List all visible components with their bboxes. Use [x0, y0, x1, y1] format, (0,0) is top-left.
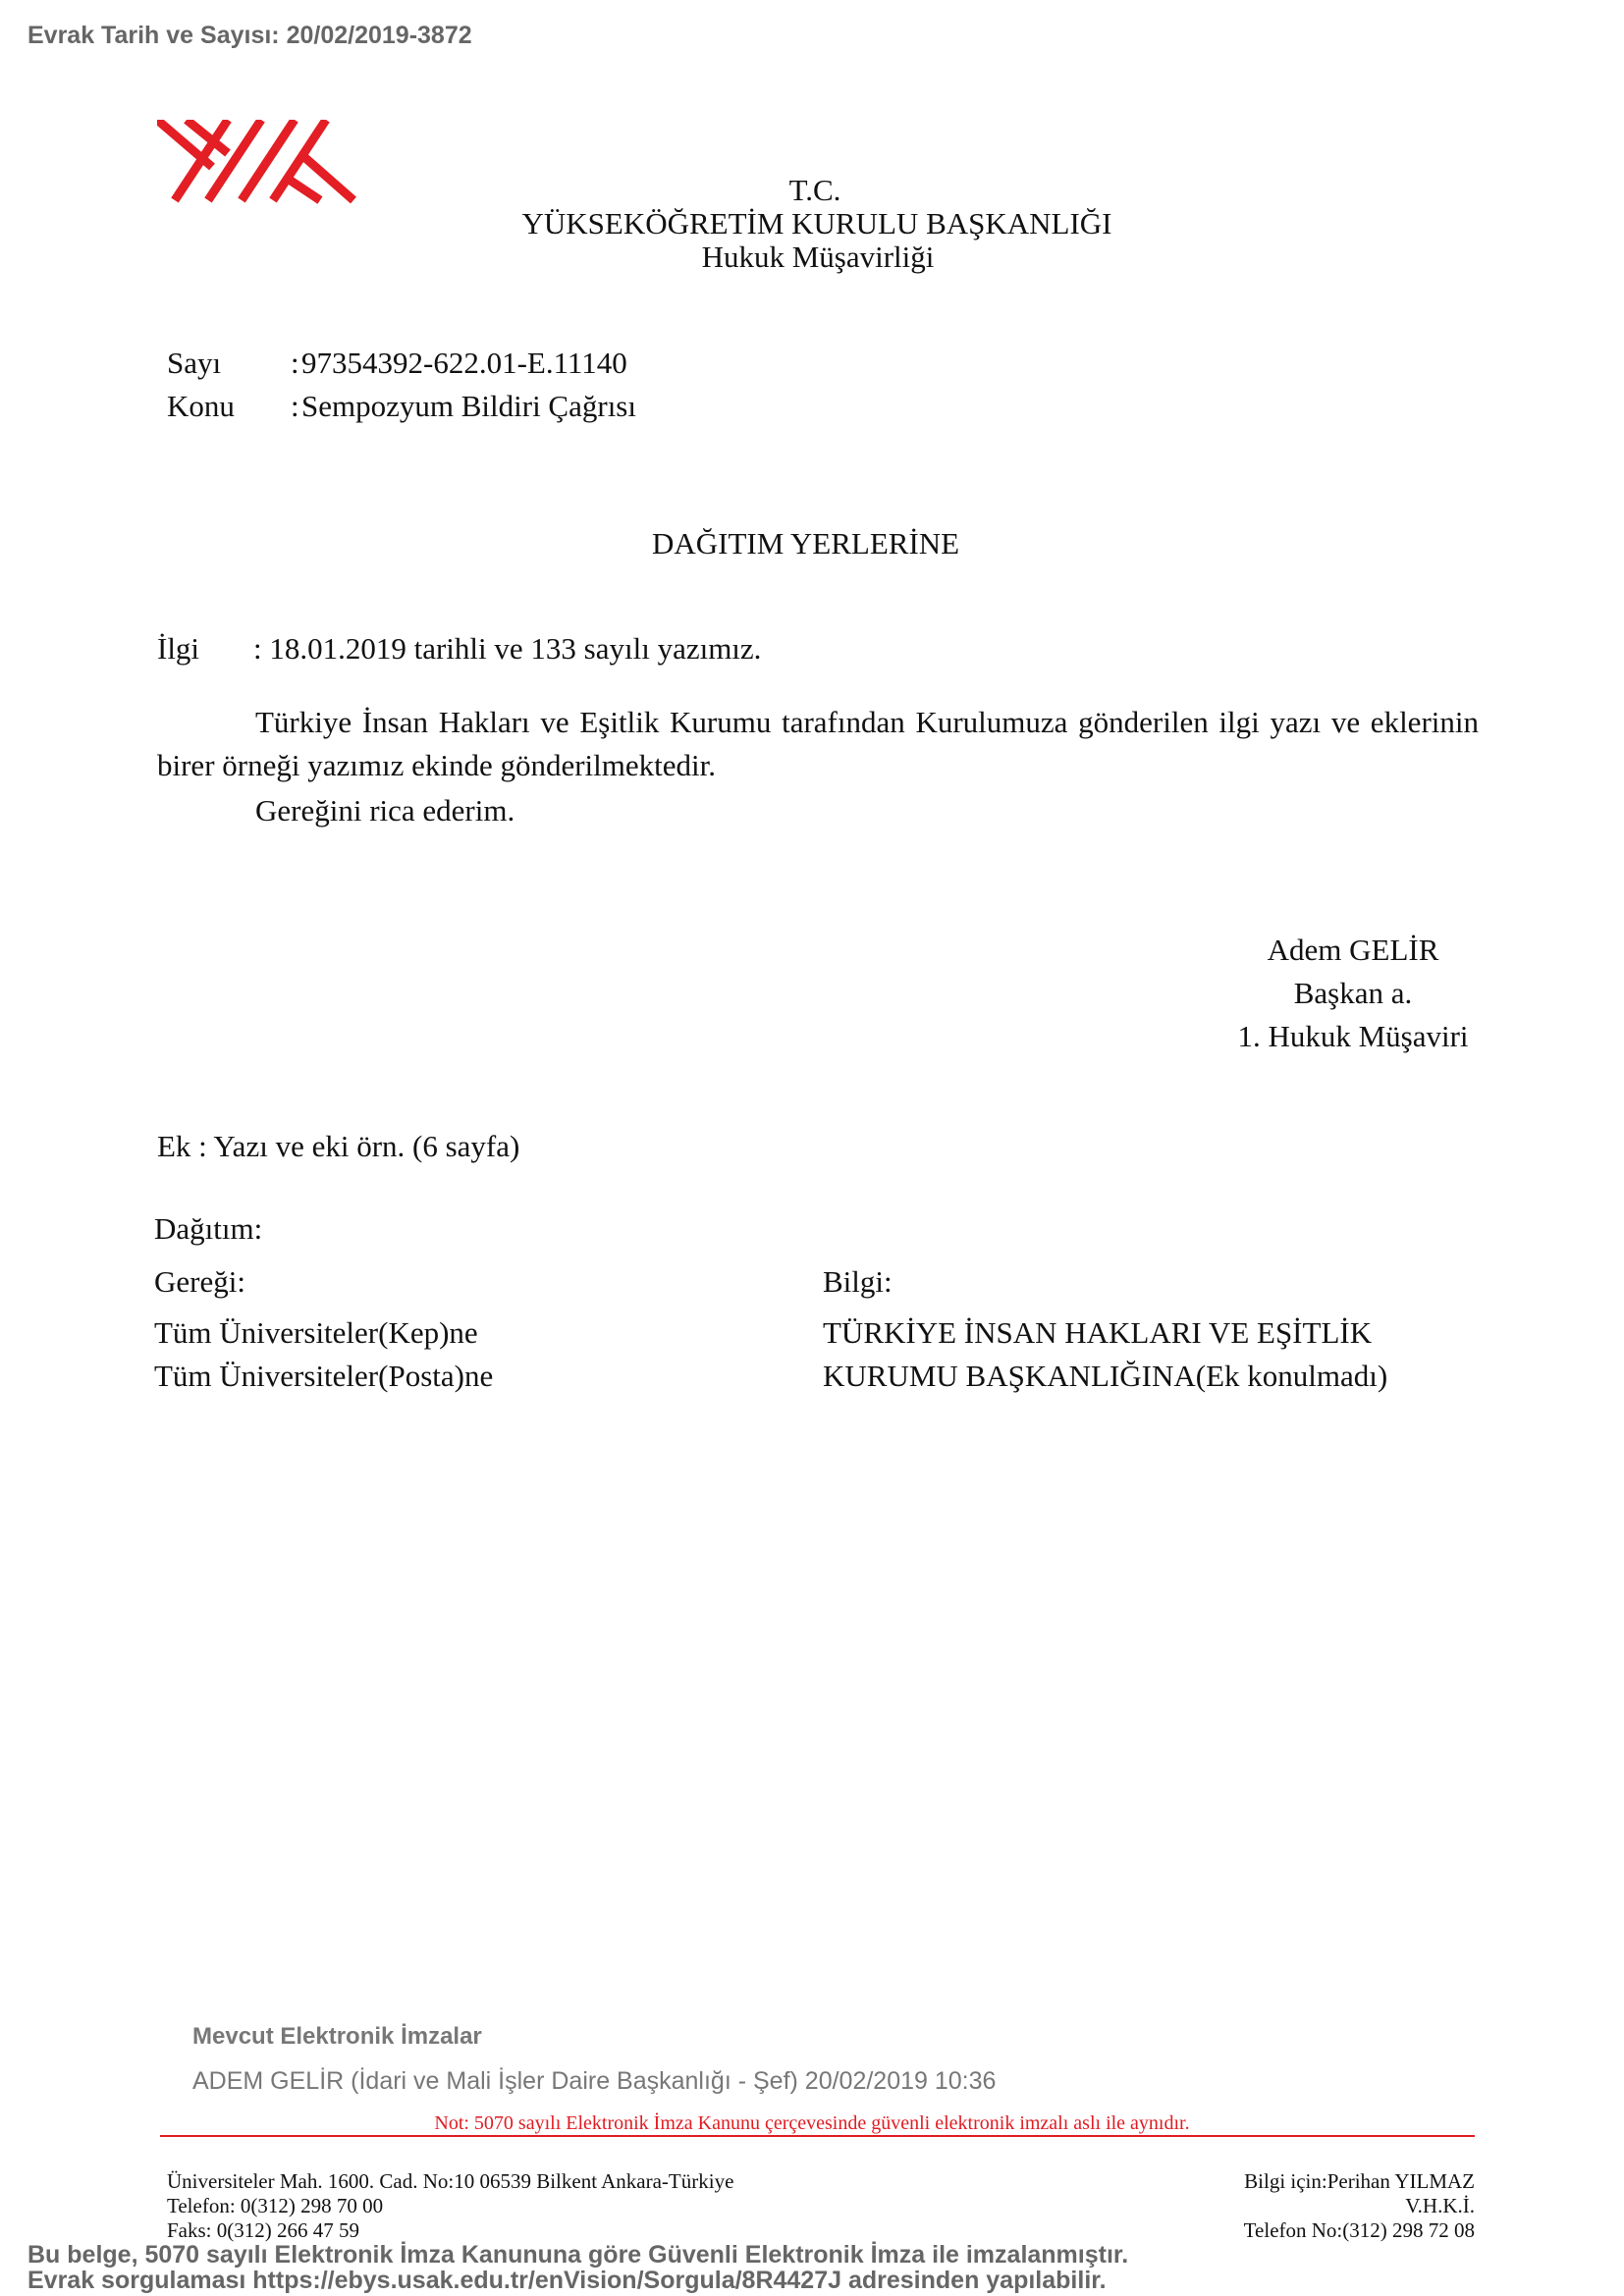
gereği-item: Tüm Üniversiteler(Kep)ne: [154, 1315, 478, 1351]
document-date-number-stamp: Evrak Tarih ve Sayısı: 20/02/2019-3872: [27, 22, 472, 50]
header-department: Hukuk Müşavirliği: [702, 240, 935, 275]
konu-label: Konu: [167, 389, 235, 424]
sayi-value: 97354392-622.01-E.11140: [301, 346, 627, 381]
footer-phone: Telefon: 0(312) 298 70 00: [167, 2194, 383, 2218]
footer-fax: Faks: 0(312) 266 47 59: [167, 2218, 359, 2243]
esign-stamp-line2: Evrak sorgulaması https://ebys.usak.edu.…: [27, 2267, 1107, 2295]
footer-address: Üniversiteler Mah. 1600. Cad. No:10 0653…: [167, 2169, 733, 2194]
sayi-colon: :: [291, 346, 299, 381]
body-paragraph: Türkiye İnsan Hakları ve Eşitlik Kurumu …: [157, 701, 1479, 787]
attachment-note: Ek : Yazı ve eki örn. (6 sayfa): [157, 1129, 519, 1164]
sayi-label: Sayı: [167, 346, 221, 381]
yok-logo-icon: [157, 120, 385, 204]
konu-colon: :: [291, 389, 299, 424]
gereği-item: Tüm Üniversiteler(Posta)ne: [154, 1359, 493, 1394]
esig-note: Not: 5070 sayılı Elektronik İmza Kanunu …: [0, 2112, 1624, 2135]
header-organization: YÜKSEKÖĞRETİM KURULU BAŞKANLIĞI: [521, 206, 1111, 241]
footer-contact-title: V.H.K.İ.: [1405, 2194, 1475, 2218]
signatory-name: Adem GELİR: [1206, 933, 1500, 968]
esig-entry: ADEM GELİR (İdari ve Mali İşler Daire Ba…: [192, 2067, 996, 2096]
bilgi-item: KURUMU BAŞKANLIĞINA(Ek konulmadı): [823, 1359, 1387, 1394]
signatory-position: 1. Hukuk Müşaviri: [1206, 1019, 1500, 1054]
footer-contact: Bilgi için:Perihan YILMAZ: [1244, 2169, 1475, 2194]
bilgi-item: TÜRKİYE İNSAN HAKLARI VE EŞİTLİK: [823, 1315, 1372, 1351]
esig-title: Mevcut Elektronik İmzalar: [192, 2023, 482, 2051]
header-tc: T.C.: [789, 173, 841, 208]
signatory-title: Başkan a.: [1206, 976, 1500, 1011]
addressee: DAĞITIM YERLERİNE: [652, 526, 959, 561]
gereği-label: Gereği:: [154, 1264, 245, 1300]
ilgi-label: İlgi: [157, 631, 199, 667]
body-closing: Gereğini rica ederim.: [255, 793, 514, 828]
bilgi-label: Bilgi:: [823, 1264, 893, 1300]
esig-note-text: Not: 5070 sayılı Elektronik İmza Kanunu …: [434, 2112, 1189, 2134]
distribution-title: Dağıtım:: [154, 1211, 262, 1247]
ilgi-value: : 18.01.2019 tarihli ve 133 sayılı yazım…: [253, 631, 761, 667]
footer-contact-phone: Telefon No:(312) 298 72 08: [1244, 2218, 1475, 2243]
body-paragraph-text: Türkiye İnsan Hakları ve Eşitlik Kurumu …: [157, 705, 1479, 782]
esign-stamp-line1: Bu belge, 5070 sayılı Elektronik İmza Ka…: [27, 2241, 1128, 2269]
red-divider: [160, 2135, 1475, 2137]
konu-value: Sempozyum Bildiri Çağrısı: [301, 389, 636, 424]
